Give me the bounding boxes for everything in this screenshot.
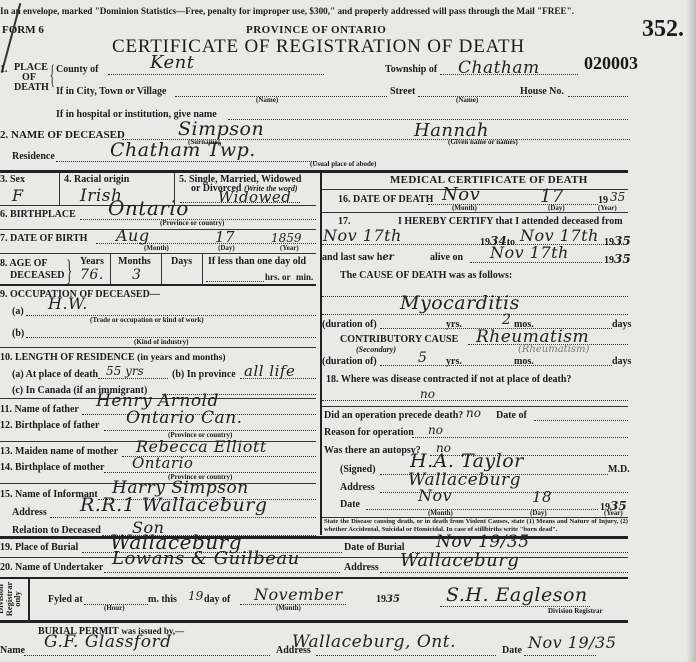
occupation-a-field[interactable]: H.W. [48, 294, 88, 313]
fyled-month-caption: (Month) [276, 604, 301, 612]
informant-address-label: Address [12, 507, 47, 518]
permit-name-field[interactable]: G.F. Glassford [44, 632, 171, 652]
brace: { [50, 63, 55, 87]
postal-notice: In an envelope, marked "Dominion Statist… [0, 6, 574, 16]
signed-day-caption: (Day) [530, 509, 547, 517]
page-edge [686, 0, 696, 662]
given-name-caption: (Given name or names) [448, 138, 518, 146]
undertaker-address-label: Address [344, 562, 379, 573]
undertaker-address-line [380, 572, 628, 573]
dod-month-caption: (Month) [452, 204, 477, 212]
row-divider [0, 253, 316, 254]
occupation-b-label: (b) [12, 328, 24, 339]
cause-days: days [612, 319, 631, 330]
m-this-label: m. this [148, 594, 177, 605]
age-min-label: min. [296, 272, 313, 282]
cell-divider [59, 173, 60, 205]
sex-field[interactable]: F [12, 186, 24, 205]
residence-caption: (Usual place of abode) [310, 160, 376, 168]
age-years-field[interactable]: 76. [80, 267, 104, 283]
medical-certificate-title: MEDICAL CERTIFICATE OF DEATH [390, 174, 588, 186]
row-divider [322, 212, 628, 213]
permit-date-field[interactable]: Nov 19/35 [528, 633, 616, 652]
permit-date-line [524, 655, 596, 656]
age-months-label: Months [118, 256, 151, 267]
occupation-a-caption: (Trade or occupation or kind of work) [90, 316, 204, 324]
signed-year-caption: (Year) [604, 509, 623, 517]
cause-months-field[interactable]: 2 [502, 312, 511, 328]
last-saw-pronoun-field[interactable]: er [382, 252, 394, 263]
reason-field[interactable]: no [428, 423, 443, 437]
day-of-label: day of [204, 594, 230, 605]
residence-line [56, 161, 316, 162]
signed-date-line [366, 509, 598, 510]
residence-a-line [98, 378, 168, 379]
dob-year-field[interactable]: 1859 [271, 231, 302, 245]
birthplace-caption: (Province or country) [160, 219, 224, 227]
attended-to-year: 1935 [604, 234, 631, 248]
operation-date-line [534, 420, 628, 421]
attended-from-field[interactable]: Nov 17th [323, 226, 402, 245]
undertaker-label: 20. Name of Undertaker [0, 562, 103, 573]
alive-on-label: alive on [430, 252, 463, 263]
residence-length-hint: (in years and months) [137, 353, 225, 363]
name-of-deceased-label: 2. NAME OF DECEASED [0, 129, 125, 141]
registrar-divider [28, 579, 30, 621]
place-of-death-label: PLACE OF DEATH [14, 63, 44, 93]
fyled-year-field[interactable]: 35 [386, 594, 400, 605]
county-field[interactable]: Kent [150, 52, 194, 73]
signed-field[interactable]: H.A. Taylor [410, 450, 524, 472]
county-label: County of [56, 64, 99, 75]
age-years-label: Years [80, 256, 104, 267]
cell-divider [161, 254, 162, 284]
occupation-a-label: (a) [12, 306, 24, 317]
operation-date-label: Date of [496, 410, 527, 421]
county-line [108, 74, 324, 75]
q18-label: 18. Where was disease contracted if not … [326, 374, 571, 385]
alive-year-field[interactable]: 35 [614, 252, 631, 266]
row-divider [0, 284, 316, 286]
contrib-days: days [612, 356, 631, 367]
age-brace: } [66, 254, 72, 288]
operation-field[interactable]: no [466, 406, 481, 420]
fyled-at-label: Fyled at [48, 594, 83, 605]
autopsy-label: Was there an autopsy? [324, 445, 421, 456]
permit-name-line [24, 655, 270, 656]
year-caption: (Year) [280, 244, 299, 252]
informant-address-line [50, 517, 316, 518]
place-of-burial-label: 19. Place of Burial [0, 542, 78, 553]
last-saw-label: and last saw her [322, 252, 394, 263]
month-caption: (Month) [144, 244, 169, 252]
permit-name-label: Name [0, 645, 25, 656]
street-caption: (Name) [456, 96, 478, 104]
dob-month-field[interactable]: Aug [116, 226, 150, 245]
city-caption: (Name) [256, 96, 278, 104]
signed-date-day-field[interactable]: 18 [532, 488, 552, 506]
registrar-signature-field[interactable]: S.H. Eagleson [446, 584, 588, 606]
hrs-line [206, 281, 264, 282]
date-of-burial-label: Date of Burial [344, 542, 405, 553]
permit-date-label: Date [502, 645, 522, 656]
cell-divider [110, 254, 111, 284]
burial-date-field[interactable]: Nov 19/35 [436, 532, 530, 552]
registrar-caption: Division Registrar [548, 607, 603, 615]
racial-origin-label: 4. Racial origin [64, 174, 129, 185]
reason-label: Reason for operation [324, 427, 414, 438]
house-line [568, 96, 628, 97]
md-label: M.D. [608, 464, 630, 475]
cause-duration-label: (duration of) [322, 319, 377, 330]
residence-label: Residence [12, 151, 55, 162]
date-of-death-label: 16. DATE OF DEATH [338, 194, 433, 205]
cell-divider [202, 254, 203, 284]
column-divider [320, 173, 322, 535]
q18-line [322, 400, 628, 401]
undertaker-address-field[interactable]: Wallaceburg [400, 550, 519, 571]
last-saw-text: and last saw h [322, 252, 382, 263]
dod-day-caption: (Day) [548, 204, 565, 212]
permit-address-field[interactable]: Wallaceburg, Ont. [292, 632, 456, 652]
father-label: 11. Name of father [0, 404, 79, 415]
row-divider [0, 577, 628, 579]
city-line [175, 96, 387, 97]
permit-address-line [316, 655, 496, 656]
dod-year-caption: (Year) [598, 204, 617, 212]
signed-month-caption: (Month) [428, 509, 453, 517]
signed-date-label: Date [340, 499, 360, 510]
residence-a-label: (a) At place of death [12, 369, 98, 380]
dod-month-field[interactable]: Nov [442, 184, 480, 205]
relation-label: Relation to Deceased [12, 525, 101, 536]
birthplace-label: 6. BIRTHPLACE [0, 209, 76, 220]
contributory-secondary: (Secondary) [356, 345, 396, 354]
birthplace-field[interactable]: Ontario [108, 196, 189, 220]
contrib-years-field[interactable]: 5 [418, 350, 427, 366]
section-divider [0, 620, 628, 623]
reason-line [412, 437, 628, 438]
contributory-cause-label: CONTRIBUTORY CAUSE [340, 334, 458, 345]
row-divider [0, 557, 628, 558]
form-number: FORM 6 [2, 24, 44, 36]
undertaker-field[interactable]: Lowans & Guilbeau [112, 548, 300, 569]
dob-label: 7. DATE OF BIRTH [0, 233, 87, 244]
age-months-field[interactable]: 3 [132, 267, 141, 283]
registration-number: 020003 [584, 53, 638, 74]
township-label: Township of [385, 64, 437, 75]
signed-date-month-field[interactable]: Nov [418, 486, 452, 505]
age-label-line: 8. AGE OF [0, 258, 64, 270]
age-days-label: Days [171, 256, 192, 267]
fyled-year: 1935 [376, 594, 400, 605]
division-registrar-side-label: Division Registrar only [0, 578, 22, 620]
stamp-number: 352. [642, 16, 684, 43]
mother-birthplace-label: 14. Birthplace of mother [0, 462, 104, 473]
sex-label: 3. Sex [0, 174, 25, 185]
age-less-label: If less than one day old [208, 256, 306, 267]
label-line: DEATH [14, 83, 44, 93]
surname-field[interactable]: Simpson [178, 118, 264, 140]
occupation-b-caption: (Kind of industry) [134, 338, 188, 346]
alive-on-field[interactable]: Nov 17th [490, 243, 569, 262]
row-divider [0, 347, 316, 348]
township-field[interactable]: Chatham [458, 58, 540, 78]
section-divider [0, 536, 628, 539]
age-label-line: DECEASED [0, 270, 64, 282]
q18-field[interactable]: no [420, 387, 435, 401]
section-divider [0, 170, 628, 173]
province-heading: PROVINCE OF ONTARIO [246, 24, 386, 36]
informant-address-field[interactable]: R.R.1 Wallaceburg [80, 494, 268, 516]
side-label-line: only [13, 578, 22, 620]
fyled-month-field[interactable]: November [254, 585, 343, 604]
residence-length-label: 10. LENGTH OF RESIDENCE (in years and mo… [0, 352, 226, 363]
house-label: House No. [520, 86, 564, 97]
cause-line-2 [322, 314, 628, 315]
day-caption: (Day) [218, 244, 235, 252]
alive-line [470, 262, 602, 263]
residence-b-label: (b) In province [172, 369, 236, 380]
cause-of-death-field[interactable]: Myocarditis [400, 292, 520, 314]
row-divider [0, 229, 316, 230]
cause-of-death-label: The CAUSE OF DEATH was as follows: [340, 270, 512, 281]
father-birthplace-field[interactable]: Ontario Can. [126, 408, 243, 428]
undertaker-line [104, 572, 340, 573]
medical-footnote: State the Disease causing death, or in d… [324, 518, 628, 533]
dod-year-field[interactable]: 35 [610, 190, 625, 204]
mother-birthplace-field[interactable]: Ontario [132, 454, 193, 472]
fyled-day-field[interactable]: 19 [188, 589, 203, 603]
age-label: 8. AGE OF DECEASED [0, 258, 64, 282]
residence-length-title: 10. LENGTH OF RESIDENCE [0, 352, 135, 363]
alive-year: 1935 [604, 252, 631, 266]
operation-label: Did an operation precede death? [324, 410, 463, 421]
city-label: If in City, Town or Village [56, 86, 166, 97]
item-number-1: 1. [0, 64, 8, 75]
age-hrs-label: hrs. or [265, 272, 291, 282]
attended-to-year-field[interactable]: 35 [614, 234, 631, 248]
signed-label: (Signed) [340, 464, 376, 475]
contributory-note: (Rheumatism) [518, 344, 589, 355]
residence-b-field[interactable]: all life [244, 362, 295, 380]
street-label: Street [390, 86, 415, 97]
hour-caption: (Hour) [104, 604, 125, 612]
marital-field[interactable]: Widowed [218, 188, 291, 206]
physician-address-label: Address [340, 482, 375, 493]
residence-field[interactable]: Chatham Twp. [110, 139, 256, 161]
father-birthplace-label: 12. Birthplace of father [0, 420, 99, 431]
mother-label: 13. Maiden name of mother [0, 446, 118, 457]
residence-a-field[interactable]: 55 yrs [106, 364, 144, 378]
contrib-duration-label: (duration of) [322, 356, 377, 367]
contrib-duration-line [380, 365, 612, 366]
